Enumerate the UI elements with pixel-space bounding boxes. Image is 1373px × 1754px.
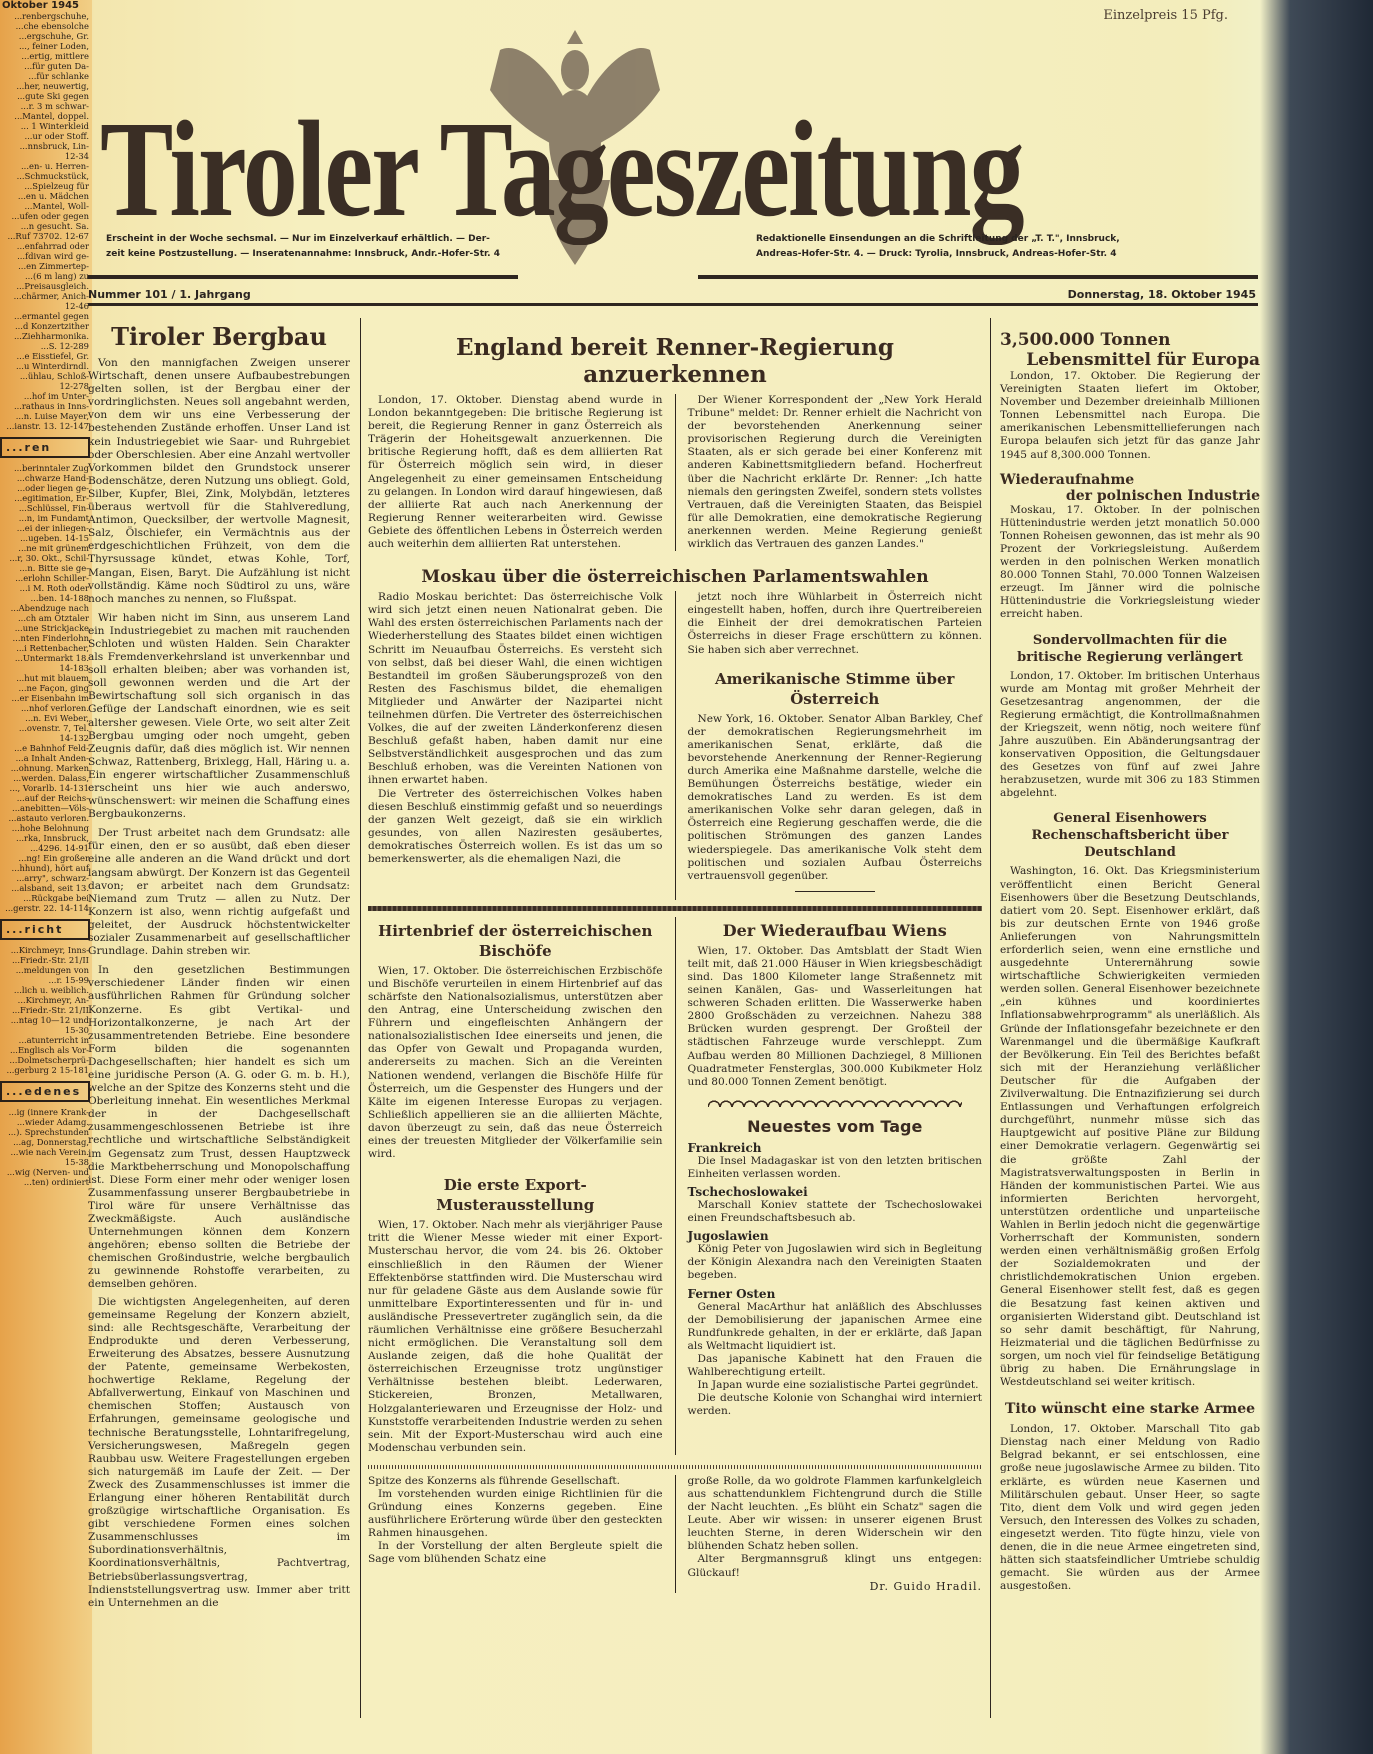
section-separator bbox=[368, 906, 982, 911]
headline: England bereit Renner-Regierung anzuerke… bbox=[368, 334, 982, 388]
classified-ads-low: ...Kirchmeyr, Inns- ...Friedr.-Str. 21/I… bbox=[0, 945, 89, 1075]
info-left-line-2: zeit keine Postzustellung. — Inseratenan… bbox=[106, 247, 500, 262]
news-country: Frankreich bbox=[688, 1141, 983, 1155]
paragraph: Washington, 16. Okt. Das Kriegsministeri… bbox=[1000, 865, 1260, 1389]
right-subcolumn: Der Wiederaufbau Wiens Wien, 17. Oktober… bbox=[688, 917, 983, 1455]
paragraph: Wien, 17. Oktober. Nach mehr als vierjäh… bbox=[368, 1219, 663, 1455]
news-item: Die Insel Madagaskar ist von den letzten… bbox=[688, 1155, 983, 1181]
column-divider bbox=[990, 318, 991, 1718]
paragraph: In den gesetzlichen Bestimmungen verschi… bbox=[88, 964, 350, 1291]
paragraph: Radio Moskau berichtet: Das österreichis… bbox=[368, 591, 663, 787]
news-item: Marschall Koniev stattete der Tschechosl… bbox=[688, 1199, 983, 1225]
paragraph: Wien, 17. Oktober. Das Amtsblatt der Sta… bbox=[688, 945, 983, 1089]
news-item: In Japan wurde eine sozialistische Parte… bbox=[688, 1379, 983, 1392]
headline: Wiederaufnahme bbox=[1000, 472, 1260, 488]
paragraph: Im vorstehenden wurden einige Richtlinie… bbox=[368, 1488, 663, 1540]
headline: Die erste Export-Musterausstellung bbox=[368, 1175, 663, 1215]
wavy-divider bbox=[708, 1099, 963, 1107]
paragraph: London, 17. Oktober. Marschall Tito gab … bbox=[1000, 1423, 1260, 1593]
author-signature: Dr. Guido Hradil. bbox=[688, 1580, 983, 1593]
info-left-line-1: Erscheint in der Woche sechsmal. — Nur i… bbox=[106, 232, 500, 247]
paragraph: Moskau, 17. Oktober. In der polnischen H… bbox=[1000, 504, 1260, 622]
paragraph: London, 17. Oktober. Die Regierung der V… bbox=[1000, 370, 1260, 462]
issue-number: Nummer 101 / 1. Jahrgang bbox=[88, 288, 251, 301]
bergbau-continuation: Spitze des Konzerns als führende Gesells… bbox=[368, 1475, 982, 1593]
headline: Tito wünscht eine starke Armee bbox=[1000, 1399, 1260, 1419]
paragraph: Der Trust arbeitet nach dem Grundsatz: a… bbox=[88, 827, 350, 958]
paragraph: New York, 16. Oktober. Senator Alban Bar… bbox=[688, 713, 983, 883]
ads-category-1: ...ren bbox=[0, 437, 90, 458]
headline: Lebensmittel für Europa bbox=[1000, 350, 1260, 370]
info-right-line-2: Andreas-Hofer-Str. 4. — Druck: Tyrolia, … bbox=[756, 247, 1120, 262]
article-polen: Wiederaufnahme der polnischen Industrie … bbox=[1000, 472, 1260, 622]
paragraph: Spitze des Konzerns als führende Gesells… bbox=[368, 1475, 663, 1488]
paragraph: jetzt noch ihre Wühlarbeit in Österreich… bbox=[688, 591, 983, 656]
ads-category-3: ...edenes bbox=[0, 1081, 90, 1102]
article-tonnen: 3,500.000 Tonnen Lebensmittel für Europa… bbox=[1000, 330, 1260, 462]
info-right-line-1: Redaktionelle Einsendungen an die Schrif… bbox=[756, 232, 1120, 247]
paragraph: In der Vorstellung der alten Bergleute s… bbox=[368, 1540, 663, 1566]
article-england: England bereit Renner-Regierung anzuerke… bbox=[368, 330, 982, 1593]
headline: Moskau über die österreichischen Parlame… bbox=[368, 567, 982, 587]
article-britisch: Sondervollmachten für die britische Regi… bbox=[1000, 632, 1260, 801]
masthead-info-left: Erscheint in der Woche sechsmal. — Nur i… bbox=[106, 232, 500, 262]
masthead-rule-right bbox=[698, 275, 1258, 279]
classified-ads-bottom: ...ig (innere Krank- ...wieder Adamg. ..… bbox=[0, 1107, 89, 1187]
ads-category-2: ...richt bbox=[0, 919, 90, 940]
article-tiroler-bergbau: Tiroler Bergbau Von den mannigfachen Zwe… bbox=[88, 318, 350, 1610]
headline: Hirtenbrief der österreichischen Bischöf… bbox=[368, 921, 663, 961]
paragraph: Von den mannigfachen Zweigen unserer Wir… bbox=[88, 357, 350, 606]
headline: der polnischen Industrie bbox=[1000, 488, 1260, 504]
paragraph: London, 17. Oktober. Dienstag abend wurd… bbox=[368, 394, 663, 551]
single-copy-price: Einzelpreis 15 Pfg. bbox=[1103, 8, 1228, 23]
classified-ads-top: ...renbergschuhe, ...che ebensolche ...e… bbox=[0, 11, 89, 431]
paragraph: Wien, 17. Oktober. Die österreichischen … bbox=[368, 965, 663, 1161]
headline: General Eisenhowers Rechenschaftsbericht… bbox=[1000, 810, 1260, 861]
news-country: Jugoslawien bbox=[688, 1229, 983, 1243]
masthead-rule-left bbox=[88, 275, 518, 279]
article-eisenhower: General Eisenhowers Rechenschaftsbericht… bbox=[1000, 810, 1260, 1389]
classified-ads-mid: ...berinntaler Zug ...chwarze Hand- ...o… bbox=[0, 463, 89, 913]
column-divider bbox=[360, 318, 361, 1718]
article-tito: Tito wünscht eine starke Armee London, 1… bbox=[1000, 1399, 1260, 1593]
news-country: Tschechoslowakei bbox=[688, 1185, 983, 1199]
newspaper-page: Einzelpreis 15 Pfg. Tiroler Tageszeitung… bbox=[88, 0, 1268, 1754]
masthead-info-right: Redaktionelle Einsendungen an die Schrif… bbox=[756, 232, 1120, 262]
paragraph: London, 17. Oktober. Im britischen Unter… bbox=[1000, 670, 1260, 801]
dotted-separator bbox=[368, 1465, 982, 1469]
news-item: König Peter von Jugoslawien wird sich in… bbox=[688, 1243, 983, 1282]
classified-ads-strip: Oktober 1945 ...renbergschuhe, ...che eb… bbox=[0, 0, 92, 1754]
headline: 3,500.000 Tonnen bbox=[1000, 330, 1260, 350]
paragraph: Alter Bergmannsgruß klingt uns entgegen:… bbox=[688, 1553, 983, 1579]
paragraph: große Rolle, da wo goldrote Flammen karf… bbox=[688, 1475, 983, 1554]
headline: Amerikanische Stimme über Österreich bbox=[688, 669, 983, 709]
masthead: Tiroler Tageszeitung bbox=[100, 70, 1200, 210]
headline: Sondervollmachten für die britische Regi… bbox=[1000, 632, 1260, 666]
news-item: Das japanische Kabinett hat den Frauen d… bbox=[688, 1353, 983, 1379]
headline: Tiroler Bergbau bbox=[88, 322, 350, 351]
news-item: General MacArthur hat anläßlich des Absc… bbox=[688, 1301, 983, 1353]
left-subcolumn: Hirtenbrief der österreichischen Bischöf… bbox=[368, 917, 663, 1455]
strip-date-header: Oktober 1945 bbox=[2, 0, 90, 11]
paragraph: Wir haben nicht im Sinn, aus unserem Lan… bbox=[88, 612, 350, 822]
news-item: Die deutsche Kolonie von Schanghai wird … bbox=[688, 1392, 983, 1418]
headline: Neuestes vom Tage bbox=[688, 1117, 983, 1137]
newspaper-title: Tiroler Tageszeitung bbox=[100, 90, 1023, 249]
headline: Der Wiederaufbau Wiens bbox=[688, 921, 983, 941]
paragraph: Der Wiener Korrespondent der „New York H… bbox=[688, 394, 983, 551]
issue-date: Donnerstag, 18. Oktober 1945 bbox=[1068, 288, 1256, 301]
right-column: 3,500.000 Tonnen Lebensmittel für Europa… bbox=[1000, 330, 1260, 1603]
paragraph: Die wichtigsten Angelegenheiten, auf der… bbox=[88, 1296, 350, 1610]
header-rule bbox=[88, 303, 1258, 306]
news-country: Ferner Osten bbox=[688, 1287, 983, 1301]
paragraph: Die Vertreter des österreichischen Volke… bbox=[368, 788, 663, 867]
